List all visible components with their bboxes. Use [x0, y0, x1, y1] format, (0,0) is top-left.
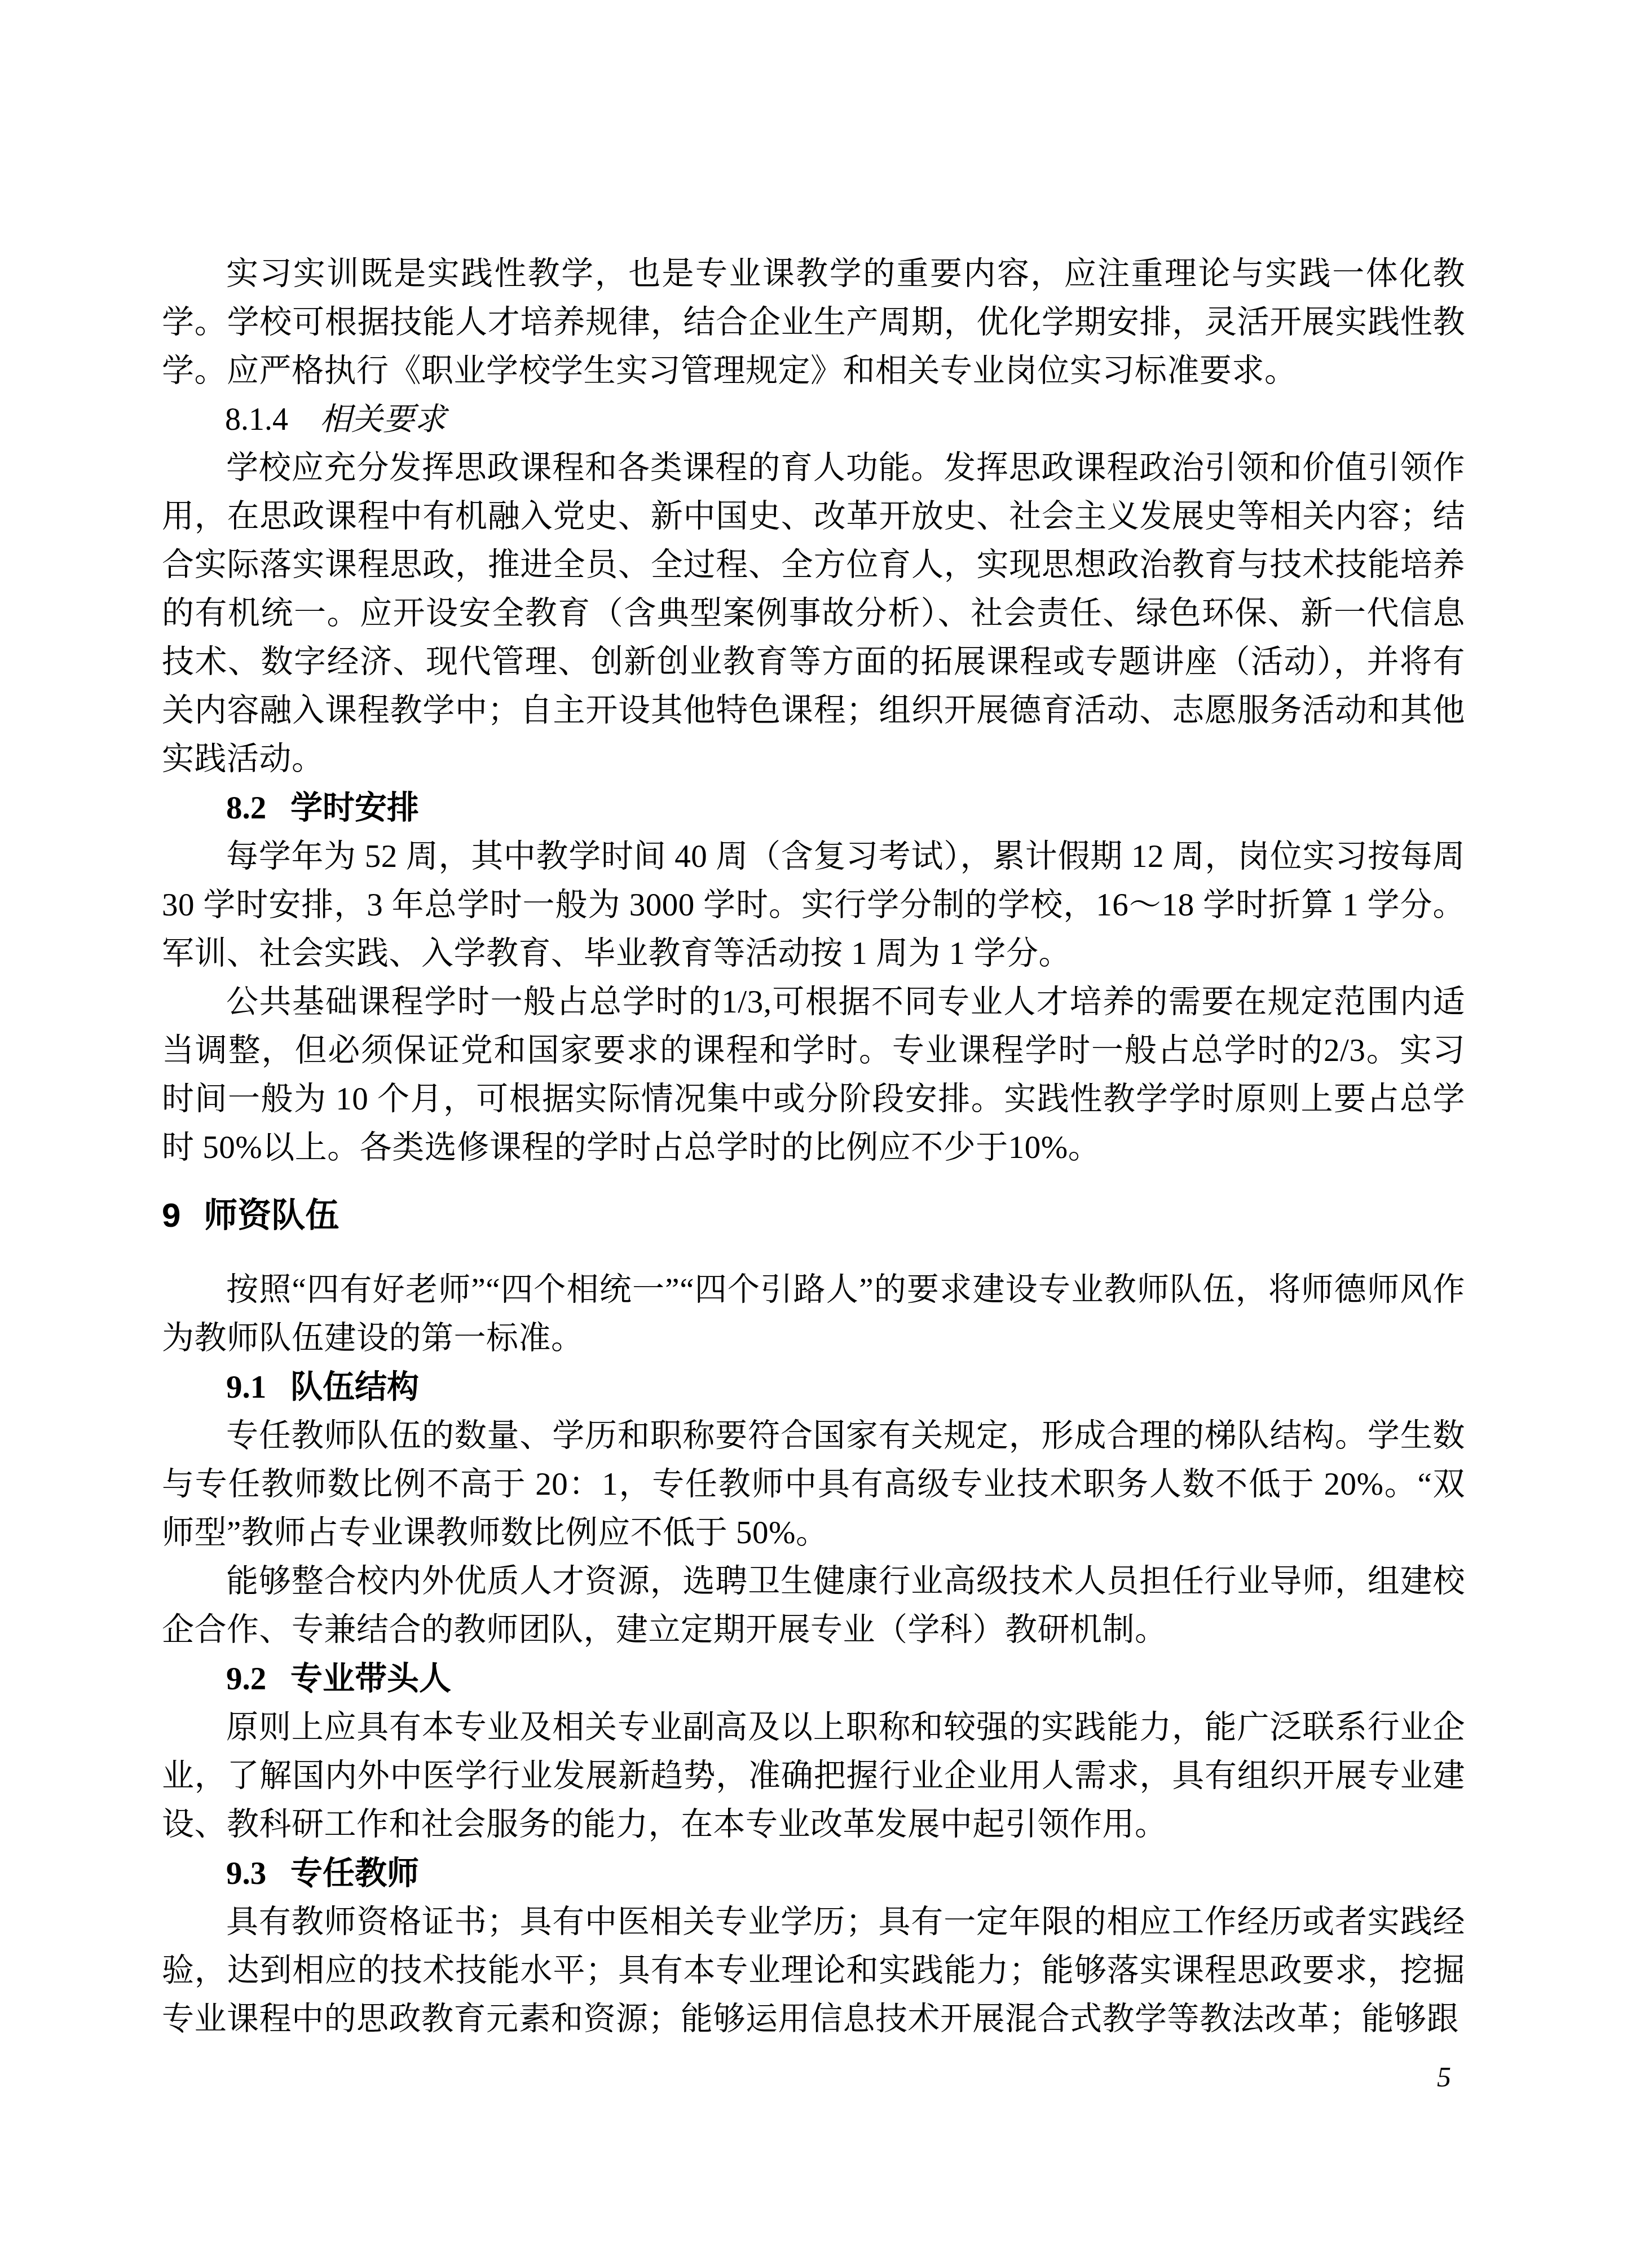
heading-9-3-number: 9.3 [226, 1856, 266, 1891]
heading-9-1-title: 队伍结构 [290, 1369, 419, 1405]
paragraph-practical-training: 实习实训既是实践性教学，也是专业课教学的重要内容，应注重理论与实践一体化教学。学… [162, 250, 1465, 395]
paragraph-talent-integration: 能够整合校内外优质人才资源，选聘卫生健康行业高级技术人员担任行业导师，组建校企合… [162, 1557, 1465, 1654]
heading-9: 9师资队伍 [162, 1191, 1465, 1240]
paragraph-course-hour-ratios: 公共基础课程学时一般占总学时的1/3,可根据不同专业人才培养的需要在规定范围内适… [162, 978, 1465, 1172]
heading-9-2-title: 专业带头人 [290, 1661, 451, 1697]
heading-8-2-number: 8.2 [226, 790, 266, 826]
heading-8-2: 8.2学时安排 [162, 783, 1465, 833]
heading-9-1: 9.1队伍结构 [162, 1363, 1465, 1412]
heading-8-1-4-number: 8.1.4 [225, 402, 288, 437]
paragraph-team-structure: 专任教师队伍的数量、学历和职称要符合国家有关规定，形成合理的梯队结构。学生数与专… [162, 1412, 1465, 1557]
heading-9-2: 9.2专业带头人 [162, 1654, 1465, 1703]
heading-9-title: 师资队伍 [204, 1196, 339, 1234]
page-number: 5 [1437, 2060, 1451, 2094]
heading-8-1-4: 8.1.4相关要求 [162, 395, 1465, 444]
paragraph-school-year-hours: 每学年为 52 周，其中教学时间 40 周（含复习考试），累计假期 12 周，岗… [162, 833, 1465, 978]
heading-9-2-number: 9.2 [226, 1661, 266, 1697]
paragraph-fulltime-teachers: 具有教师资格证书；具有中医相关专业学历；具有一定年限的相应工作经历或者实践经验，… [162, 1898, 1465, 2044]
paragraph-teacher-team-requirements: 按照“四有好老师”“四个相统一”“四个引路人”的要求建设专业教师队伍，将师德师风… [162, 1266, 1465, 1363]
paragraph-ideological-education: 学校应充分发挥思政课程和各类课程的育人功能。发挥思政课程政治引领和价值引领作用，… [162, 444, 1465, 783]
heading-9-number: 9 [162, 1196, 180, 1234]
heading-8-1-4-title: 相关要求 [320, 402, 446, 437]
heading-9-3-title: 专任教师 [290, 1855, 419, 1891]
paragraph-program-leader: 原则上应具有本专业及相关专业副高及以上职称和较强的实践能力，能广泛联系行业企业，… [162, 1703, 1465, 1849]
heading-9-3: 9.3专任教师 [162, 1849, 1465, 1898]
heading-9-1-number: 9.1 [226, 1369, 266, 1405]
heading-8-2-title: 学时安排 [290, 790, 419, 826]
document-page: 实习实训既是实践性教学，也是专业课教学的重要内容，应注重理论与实践一体化教学。学… [0, 0, 1627, 2268]
